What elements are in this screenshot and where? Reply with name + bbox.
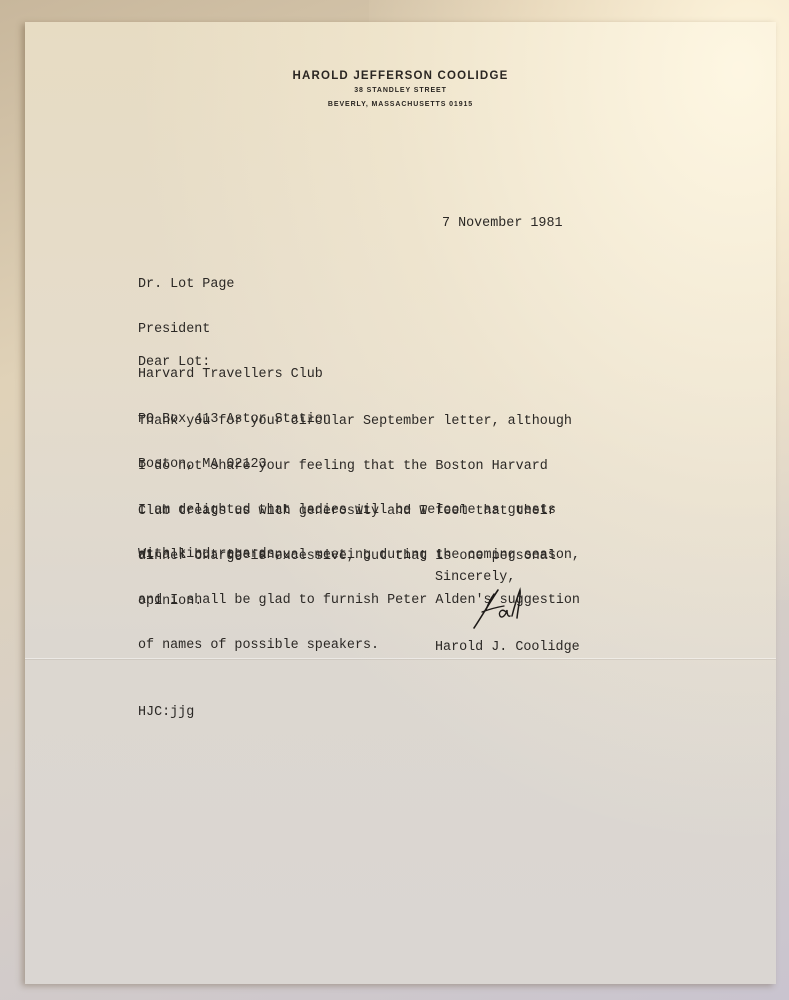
handwritten-signature-icon: [468, 582, 528, 632]
letter-date: 7 November 1981: [442, 216, 563, 231]
reference-initials: HJC:jjg: [138, 705, 194, 720]
letterhead-city: BEVERLY, MASSACHUSETTS 01915: [25, 98, 776, 112]
letter-page: HAROLD JEFFERSON COOLIDGE 38 STANDLEY ST…: [25, 22, 776, 984]
closing-remark: With kind regards,: [138, 547, 283, 562]
recipient-line: Dr. Lot Page: [138, 277, 331, 292]
body-line: I am delighted that ladies will be welco…: [138, 503, 580, 518]
salutation: Dear Lot:: [138, 355, 210, 370]
body-line: Thank you for your circular September le…: [138, 414, 572, 429]
signer-name: Harold J. Coolidge: [435, 640, 580, 655]
letterhead-street: 38 STANDLEY STREET: [25, 84, 776, 98]
letterhead-name: HAROLD JEFFERSON COOLIDGE: [25, 68, 776, 84]
body-line: I do not share your feeling that the Bos…: [138, 459, 572, 474]
recipient-line: President: [138, 322, 331, 337]
letterhead: HAROLD JEFFERSON COOLIDGE 38 STANDLEY ST…: [25, 68, 776, 112]
